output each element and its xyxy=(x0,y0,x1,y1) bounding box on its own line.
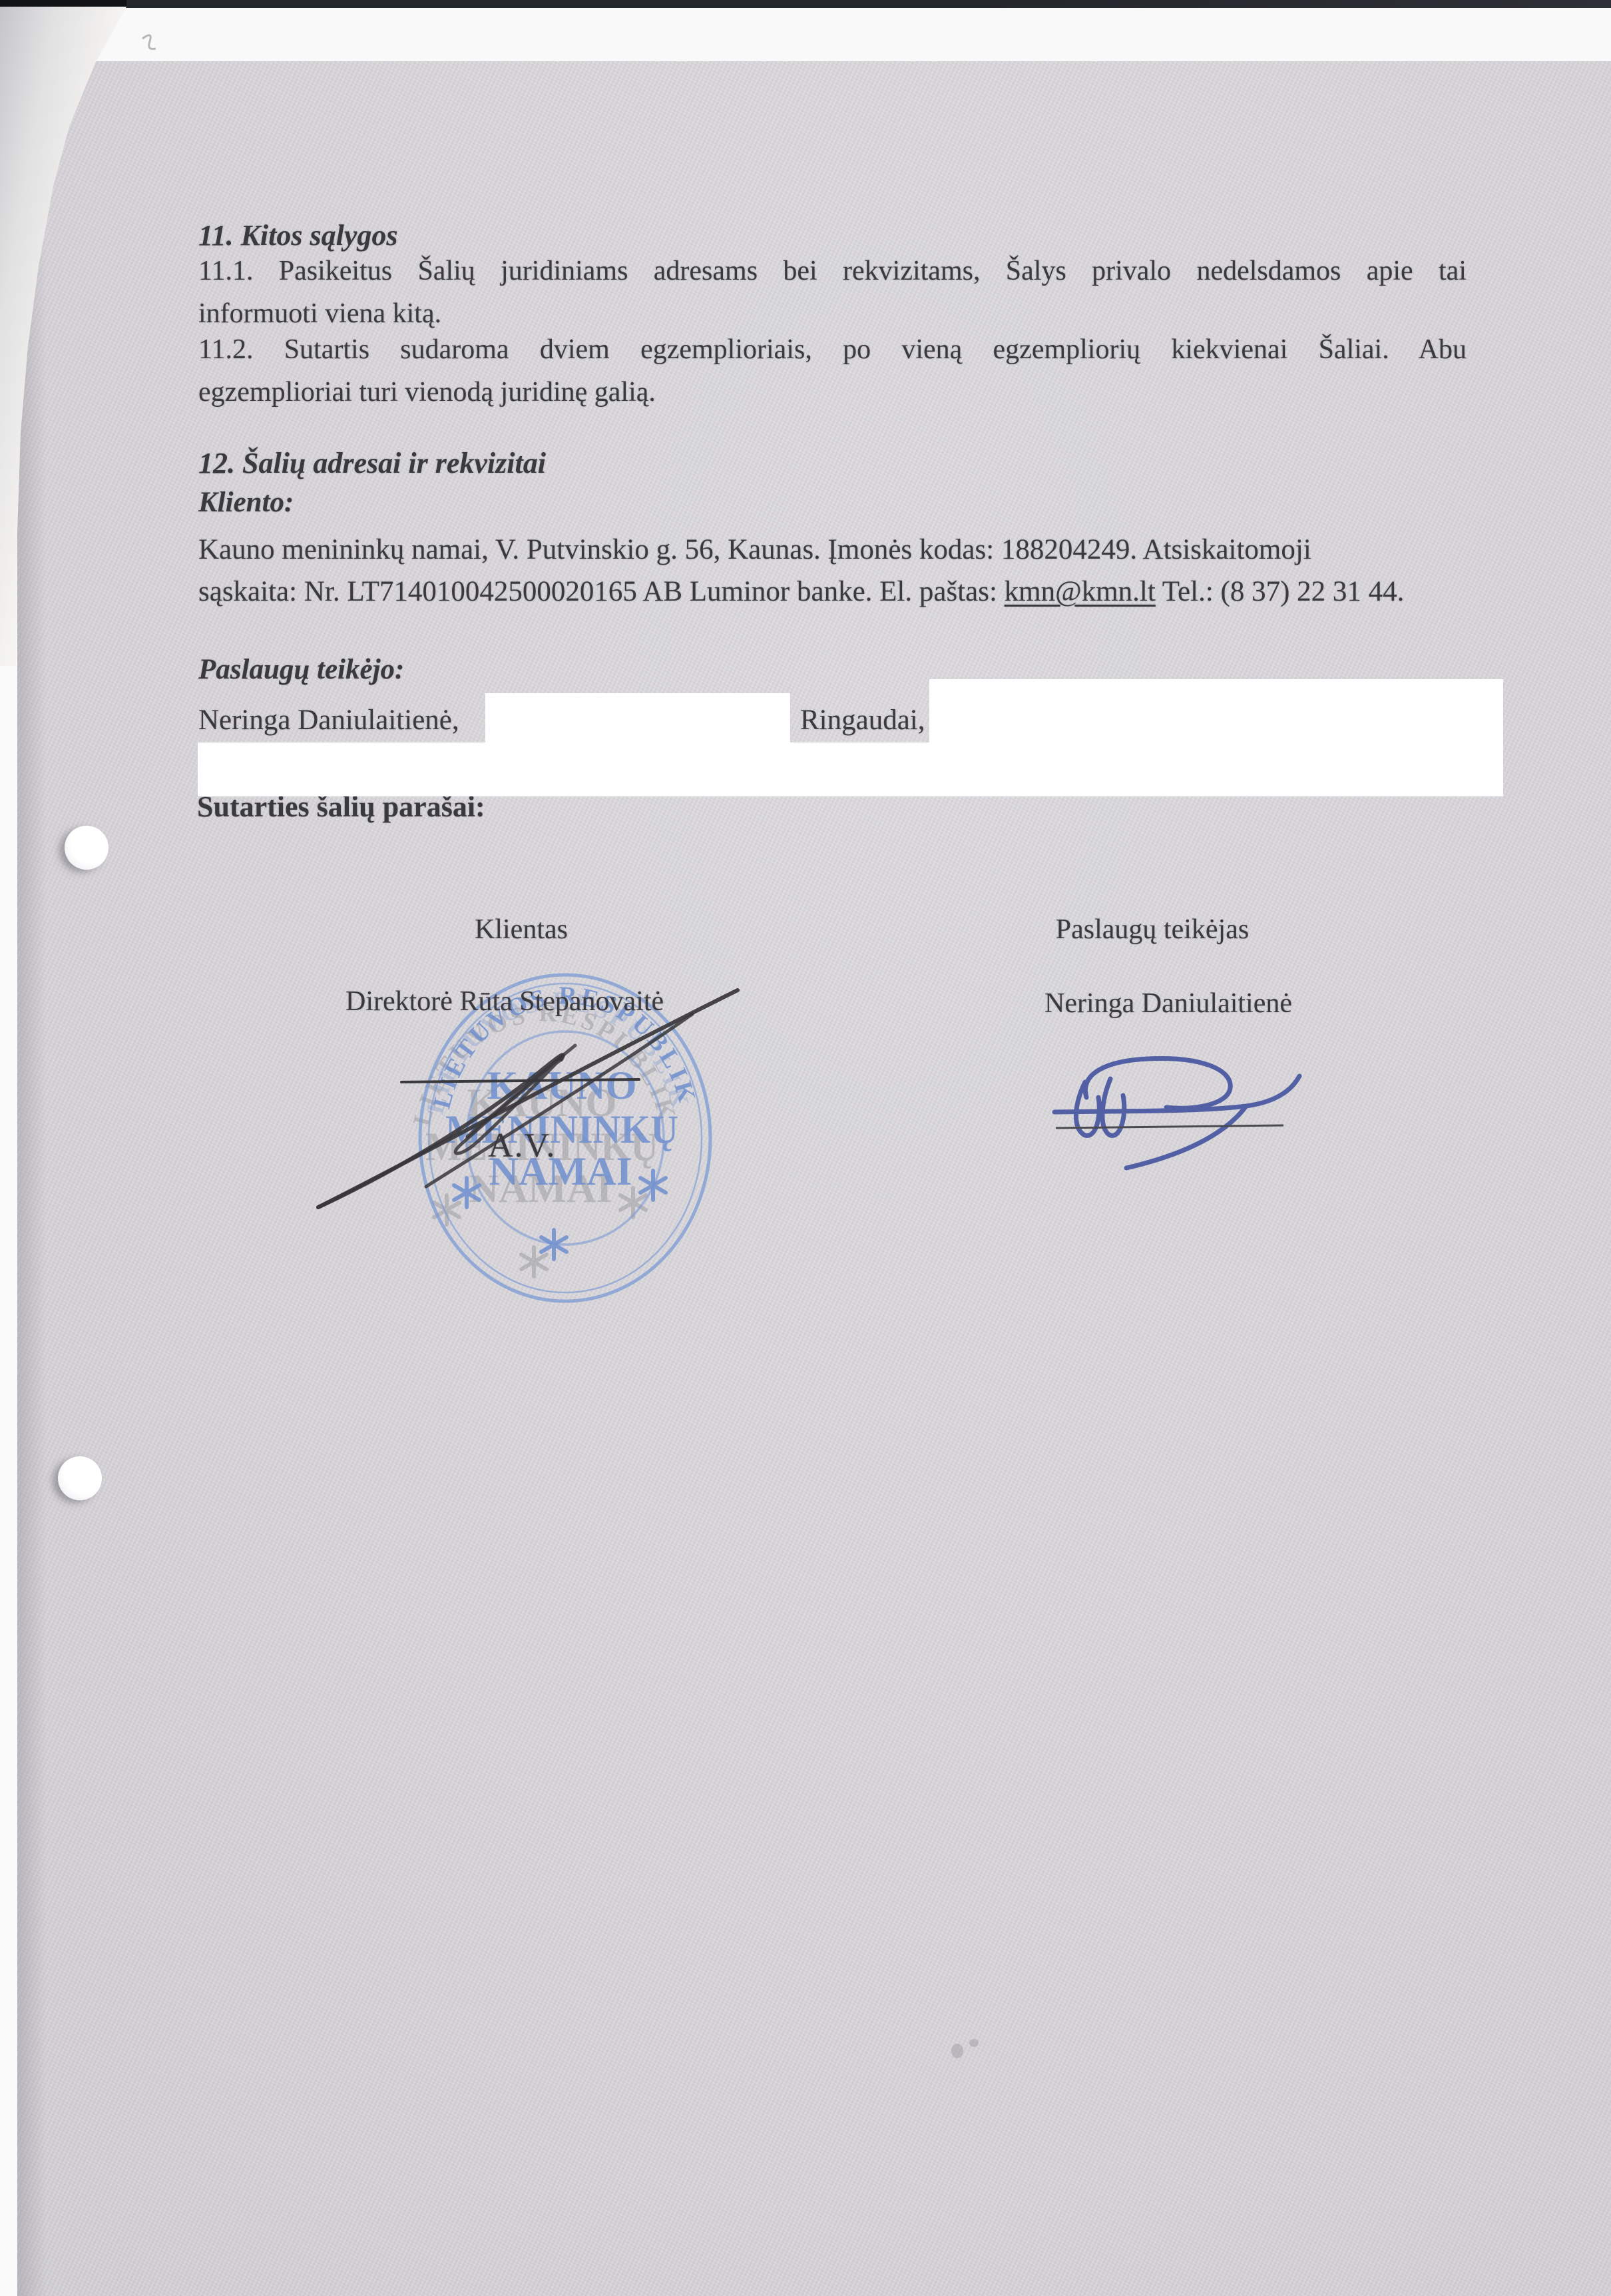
provider-name: Neringa Daniulaitienė, xyxy=(198,704,459,736)
provider-role-label: Paslaugų teikėjas xyxy=(1019,914,1285,946)
clause-11-2-line-2: egzemplioriai turi vienodą juridinę gali… xyxy=(198,371,1467,414)
section-12-heading: 12. Šalių adresai ir rekvizitai xyxy=(198,446,546,480)
client-account-text: sąskaita: Nr. LT714010042500020165 AB Lu… xyxy=(198,576,1005,607)
client-email: kmn@kmn.lt xyxy=(1005,576,1156,607)
clause-11-2: 11.2. Sutartis sudaroma dviem egzemplior… xyxy=(198,328,1467,414)
client-signatory-name: Direktorė Rūta Stepanovaitė xyxy=(345,986,664,1017)
clause-11-1: 11.1. Pasikeitus Šalių juridiniams adres… xyxy=(198,250,1467,335)
scan-top-edge xyxy=(0,0,1611,8)
provider-city: Ringaudai, xyxy=(800,704,925,736)
scan-top-margin xyxy=(0,8,1611,61)
section-11-heading: 11. Kitos sąlygos xyxy=(198,218,398,252)
hole-punch-top xyxy=(65,826,109,870)
redaction-box xyxy=(929,679,1503,796)
client-role-label: Klientas xyxy=(388,914,654,946)
client-label: Kliento: xyxy=(198,486,294,519)
client-details: Kauno menininkų namai, V. Putvinskio g. … xyxy=(198,529,1483,613)
provider-label: Paslaugų teikėjo: xyxy=(198,653,404,686)
client-phone-text: Tel.: (8 37) 22 31 44. xyxy=(1156,576,1405,607)
provider-signatory-name: Neringa Daniulaitienė xyxy=(1035,988,1301,1019)
client-details-line-1: Kauno menininkų namai, V. Putvinskio g. … xyxy=(198,529,1483,571)
client-details-line-2: sąskaita: Nr. LT714010042500020165 AB Lu… xyxy=(198,571,1483,613)
seal-place-label: A.V. xyxy=(488,1126,556,1165)
redaction-box xyxy=(485,693,790,742)
clause-11-2-line-1: 11.2. Sutartis sudaroma dviem egzemplior… xyxy=(198,328,1467,371)
scanned-contract-page: LIETUVOS RESPUBLIKA KAUNO MENININKŲ NAMA… xyxy=(0,0,1611,2296)
clause-11-1-line-1: 11.1. Pasikeitus Šalių juridiniams adres… xyxy=(198,250,1467,292)
redaction-box xyxy=(198,742,931,796)
hole-punch-bottom xyxy=(58,1456,102,1500)
